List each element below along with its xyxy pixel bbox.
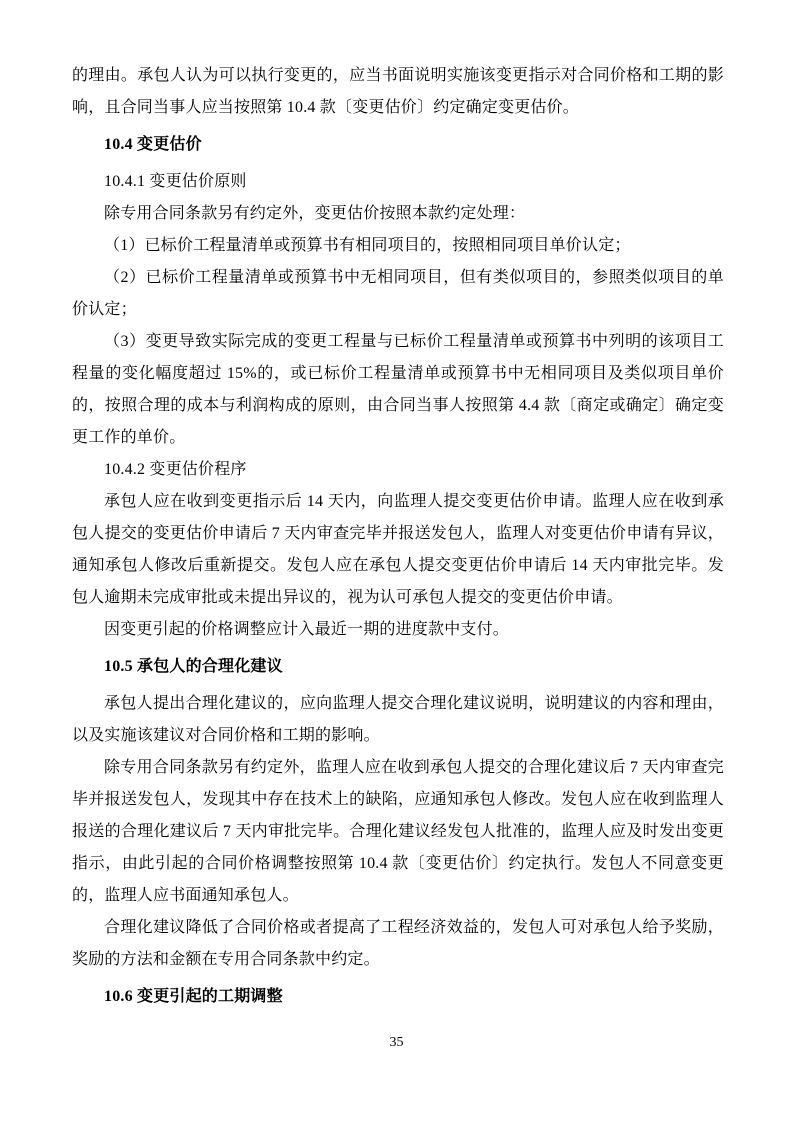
- paragraph-rationalization-proposal: 承包人提出合理化建议的，应向监理人提交合理化建议说明，说明建议的内容和理由，以及…: [72, 688, 724, 752]
- list-item-3: （3）变更导致实际完成的变更工程量与已标价工程量清单或预算书中列明的该项目工程量…: [72, 326, 724, 454]
- list-item-2: （2）已标价工程量清单或预算书中无相同项目，但有类似项目的，参照类似项目的单价认…: [72, 262, 724, 326]
- clause-heading-10-5: 10.5 承包人的合理化建议: [72, 651, 724, 683]
- page-number: 35: [0, 1033, 793, 1053]
- paragraph-proposal-review-procedure: 除专用合同条款另有约定外，监理人应在收到承包人提交的合理化建议后 7 天内审查完…: [72, 752, 724, 912]
- paragraph-proposal-reward: 合理化建议降低了合同价格或者提高了工程经济效益的，发包人可对承包人给予奖励，奖励…: [72, 912, 724, 976]
- subclause-title-10-4-1: 10.4.1 变更估价原则: [72, 166, 724, 198]
- paragraph-price-adjustment-payment: 因变更引起的价格调整应计入最近一期的进度款中支付。: [72, 614, 724, 646]
- paragraph-valuation-intro: 除专用合同条款另有约定外，变更估价按照本款约定处理：: [72, 198, 724, 230]
- document-content: 的理由。承包人认为可以执行变更的，应当书面说明实施该变更指示对合同价格和工期的影…: [72, 60, 724, 1018]
- paragraph-change-instruction-continuation: 的理由。承包人认为可以执行变更的，应当书面说明实施该变更指示对合同价格和工期的影…: [72, 60, 724, 124]
- clause-heading-10-4: 10.4 变更估价: [72, 129, 724, 161]
- subclause-title-10-4-2: 10.4.2 变更估价程序: [72, 454, 724, 486]
- document-page: 的理由。承包人认为可以执行变更的，应当书面说明实施该变更指示对合同价格和工期的影…: [0, 0, 793, 1122]
- paragraph-valuation-procedure: 承包人应在收到变更指示后 14 天内，向监理人提交变更估价申请。监理人应在收到承…: [72, 486, 724, 614]
- list-item-1: （1）已标价工程量清单或预算书有相同项目的，按照相同项目单价认定；: [72, 230, 724, 262]
- clause-heading-10-6: 10.6 变更引起的工期调整: [72, 981, 724, 1013]
